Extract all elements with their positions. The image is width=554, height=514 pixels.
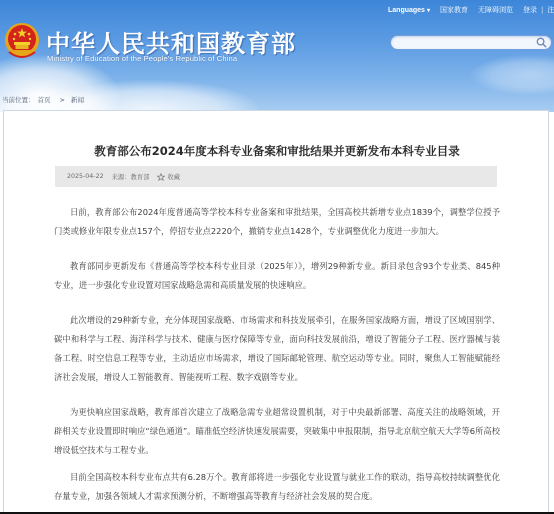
top-links: Languages▾ 国家教育 无障碍浏览 登录 | 注册 xyxy=(388,4,554,16)
breadcrumb-separator: > xyxy=(60,96,65,104)
article-source: 来源：教育部 xyxy=(112,172,150,181)
article-paragraph: 教育部同步更新发布《普通高等学校本科专业目录（2025年）》，增列29种新专业。… xyxy=(54,257,500,295)
article-meta-bar: 2025-04-22 来源：教育部 收藏 xyxy=(55,166,497,187)
favorite-label: 收藏 xyxy=(167,172,180,181)
article-paragraph: 为更快响应国家战略，教育部首次建立了战略急需专业超常设置机制，对于中央最新部署、… xyxy=(54,403,500,460)
article-paragraph: 日前，教育部公布2024年度普通高等学校本科专业备案和审批结果，全国高校共新增专… xyxy=(54,203,500,241)
search-icon[interactable] xyxy=(536,37,547,48)
link-accessibility[interactable]: 无障碍浏览 xyxy=(478,5,513,15)
publish-date: 2025-04-22 xyxy=(67,173,104,180)
breadcrumb-news[interactable]: 新闻 xyxy=(71,95,84,104)
favorite-button[interactable]: 收藏 xyxy=(157,172,180,181)
site-subtitle: Ministry of Education of the People's Re… xyxy=(47,54,237,63)
divider: | xyxy=(541,6,543,14)
search-input[interactable] xyxy=(397,37,527,48)
site-header: 中华人民共和国教育部 Ministry of Education of the … xyxy=(0,0,554,112)
breadcrumb-label: 当前位置： xyxy=(2,95,35,104)
search-box xyxy=(390,35,552,50)
languages-label: Languages xyxy=(388,7,425,14)
article-paragraph: 此次增设的29种新专业，充分体现国家战略、市场需求和科技发展牵引，在服务国家战略… xyxy=(54,311,500,387)
article-paragraph: 目前全国高校本科专业布点共有6.28万个。教育部将进一步强化专业设置与就业工作的… xyxy=(54,468,500,506)
star-icon xyxy=(157,173,165,181)
breadcrumb: 当前位置： 首页 > 新闻 xyxy=(2,95,87,104)
link-national-education[interactable]: 国家教育 xyxy=(440,5,468,15)
article-title: 教育部公布2024年度本科专业备案和审批结果并更新发布本科专业目录 xyxy=(0,143,554,159)
languages-dropdown[interactable]: Languages▾ xyxy=(388,7,430,14)
link-register[interactable]: 注册 xyxy=(547,5,554,15)
national-emblem-icon[interactable] xyxy=(3,22,41,62)
chevron-down-icon: ▾ xyxy=(427,7,430,14)
link-login[interactable]: 登录 xyxy=(523,5,537,15)
cloud-decoration xyxy=(470,55,554,95)
breadcrumb-home[interactable]: 首页 xyxy=(38,95,51,104)
